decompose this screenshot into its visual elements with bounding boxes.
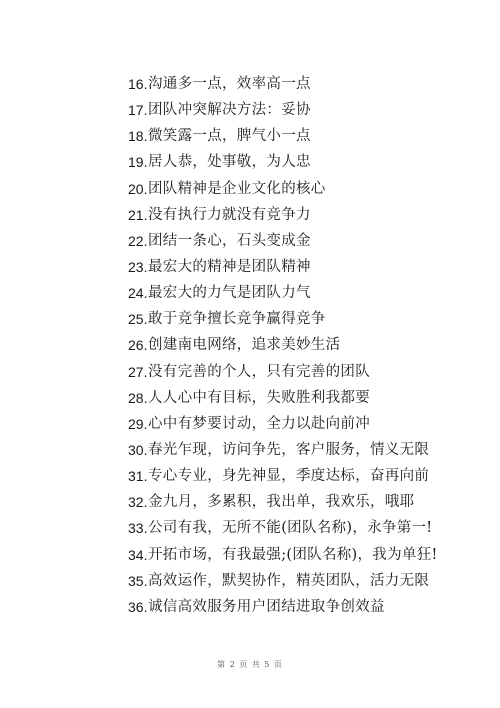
item-text: 高效运作，默契协作，精英团队，活力无限 — [148, 571, 429, 591]
slogan-list: 16.沟通多一点，效率高一点 17.团队冲突解决方法：妥协 18.微笑露一点，脾… — [128, 74, 438, 623]
list-item: 17.团队冲突解决方法：妥协 — [128, 100, 438, 126]
item-text: 诚信高效服务用户团结进取争创效益 — [148, 597, 385, 617]
item-number: 23. — [128, 257, 148, 277]
list-item: 27.没有完善的个人，只有完善的团队 — [128, 362, 438, 388]
document-page: 16.沟通多一点，效率高一点 17.团队冲突解决方法：妥协 18.微笑露一点，脾… — [0, 0, 500, 708]
item-number: 36. — [128, 597, 148, 617]
list-item: 23.最宏大的精神是团队精神 — [128, 257, 438, 283]
item-text: 专心专业，身先神显，季度达标，奋再向前 — [148, 466, 429, 486]
item-text: 最宏大的精神是团队精神 — [148, 257, 311, 277]
item-number: 16. — [128, 74, 148, 94]
item-text: 公司有我，无所不能(团队名称)，永争第一! — [148, 518, 432, 538]
item-text: 居人恭，处事敬，为人忠 — [148, 152, 311, 172]
item-number: 28. — [128, 388, 148, 408]
item-number: 29. — [128, 414, 148, 434]
list-item: 33.公司有我，无所不能(团队名称)，永争第一! — [128, 518, 438, 544]
item-text: 春光乍现，访问争先，客户服务，情义无限 — [148, 440, 429, 460]
item-text: 微笑露一点，脾气小一点 — [148, 126, 311, 146]
item-text: 创建南电网络，追求美妙生活 — [148, 335, 340, 355]
list-item: 18.微笑露一点，脾气小一点 — [128, 126, 438, 152]
item-text: 人人心中有目标，失败胜利我都要 — [148, 388, 370, 408]
page-number-footer: 第 2 页 共 5 页 — [0, 659, 500, 670]
item-text: 最宏大的力气是团队力气 — [148, 283, 311, 303]
item-text: 没有执行力就没有竞争力 — [148, 205, 311, 225]
list-item: 24.最宏大的力气是团队力气 — [128, 283, 438, 309]
item-number: 18. — [128, 126, 148, 146]
list-item: 25.敢于竞争擅长竞争赢得竞争 — [128, 309, 438, 335]
item-number: 31. — [128, 466, 148, 486]
item-number: 30. — [128, 440, 148, 460]
item-number: 17. — [128, 100, 148, 120]
list-item: 22.团结一条心，石头变成金 — [128, 231, 438, 257]
item-number: 33. — [128, 518, 148, 538]
item-number: 19. — [128, 152, 148, 172]
list-item: 19.居人恭，处事敬，为人忠 — [128, 152, 438, 178]
item-text: 沟通多一点，效率高一点 — [148, 74, 311, 94]
list-item: 35.高效运作，默契协作，精英团队，活力无限 — [128, 571, 438, 597]
list-item: 34.开拓市场，有我最强;(团队名称)，我为单狂! — [128, 545, 438, 571]
list-item: 31.专心专业，身先神显，季度达标，奋再向前 — [128, 466, 438, 492]
item-text: 团队冲突解决方法：妥协 — [148, 100, 311, 120]
list-item: 29.心中有梦要讨动，全力以赴向前冲 — [128, 414, 438, 440]
item-number: 22. — [128, 231, 148, 251]
list-item: 20.团队精神是企业文化的核心 — [128, 179, 438, 205]
item-text: 团结一条心，石头变成金 — [148, 231, 311, 251]
item-number: 27. — [128, 362, 148, 382]
item-text: 心中有梦要讨动，全力以赴向前冲 — [148, 414, 370, 434]
item-number: 25. — [128, 309, 148, 329]
item-number: 34. — [128, 545, 148, 565]
list-item: 32.金九月，多累积，我出单，我欢乐，哦耶 — [128, 492, 438, 518]
item-number: 20. — [128, 179, 148, 199]
list-item: 28.人人心中有目标，失败胜利我都要 — [128, 388, 438, 414]
item-number: 21. — [128, 205, 148, 225]
item-text: 团队精神是企业文化的核心 — [148, 179, 326, 199]
list-item: 36.诚信高效服务用户团结进取争创效益 — [128, 597, 438, 623]
item-text: 敢于竞争擅长竞争赢得竞争 — [148, 309, 326, 329]
list-item: 21.没有执行力就没有竞争力 — [128, 205, 438, 231]
item-text: 没有完善的个人，只有完善的团队 — [148, 362, 370, 382]
list-item: 16.沟通多一点，效率高一点 — [128, 74, 438, 100]
item-number: 26. — [128, 335, 148, 355]
item-text: 金九月，多累积，我出单，我欢乐，哦耶 — [148, 492, 414, 512]
item-number: 35. — [128, 571, 148, 591]
list-item: 26.创建南电网络，追求美妙生活 — [128, 335, 438, 361]
item-number: 24. — [128, 283, 148, 303]
item-number: 32. — [128, 492, 148, 512]
item-text: 开拓市场，有我最强;(团队名称)，我为单狂! — [148, 545, 438, 565]
list-item: 30.春光乍现，访问争先，客户服务，情义无限 — [128, 440, 438, 466]
